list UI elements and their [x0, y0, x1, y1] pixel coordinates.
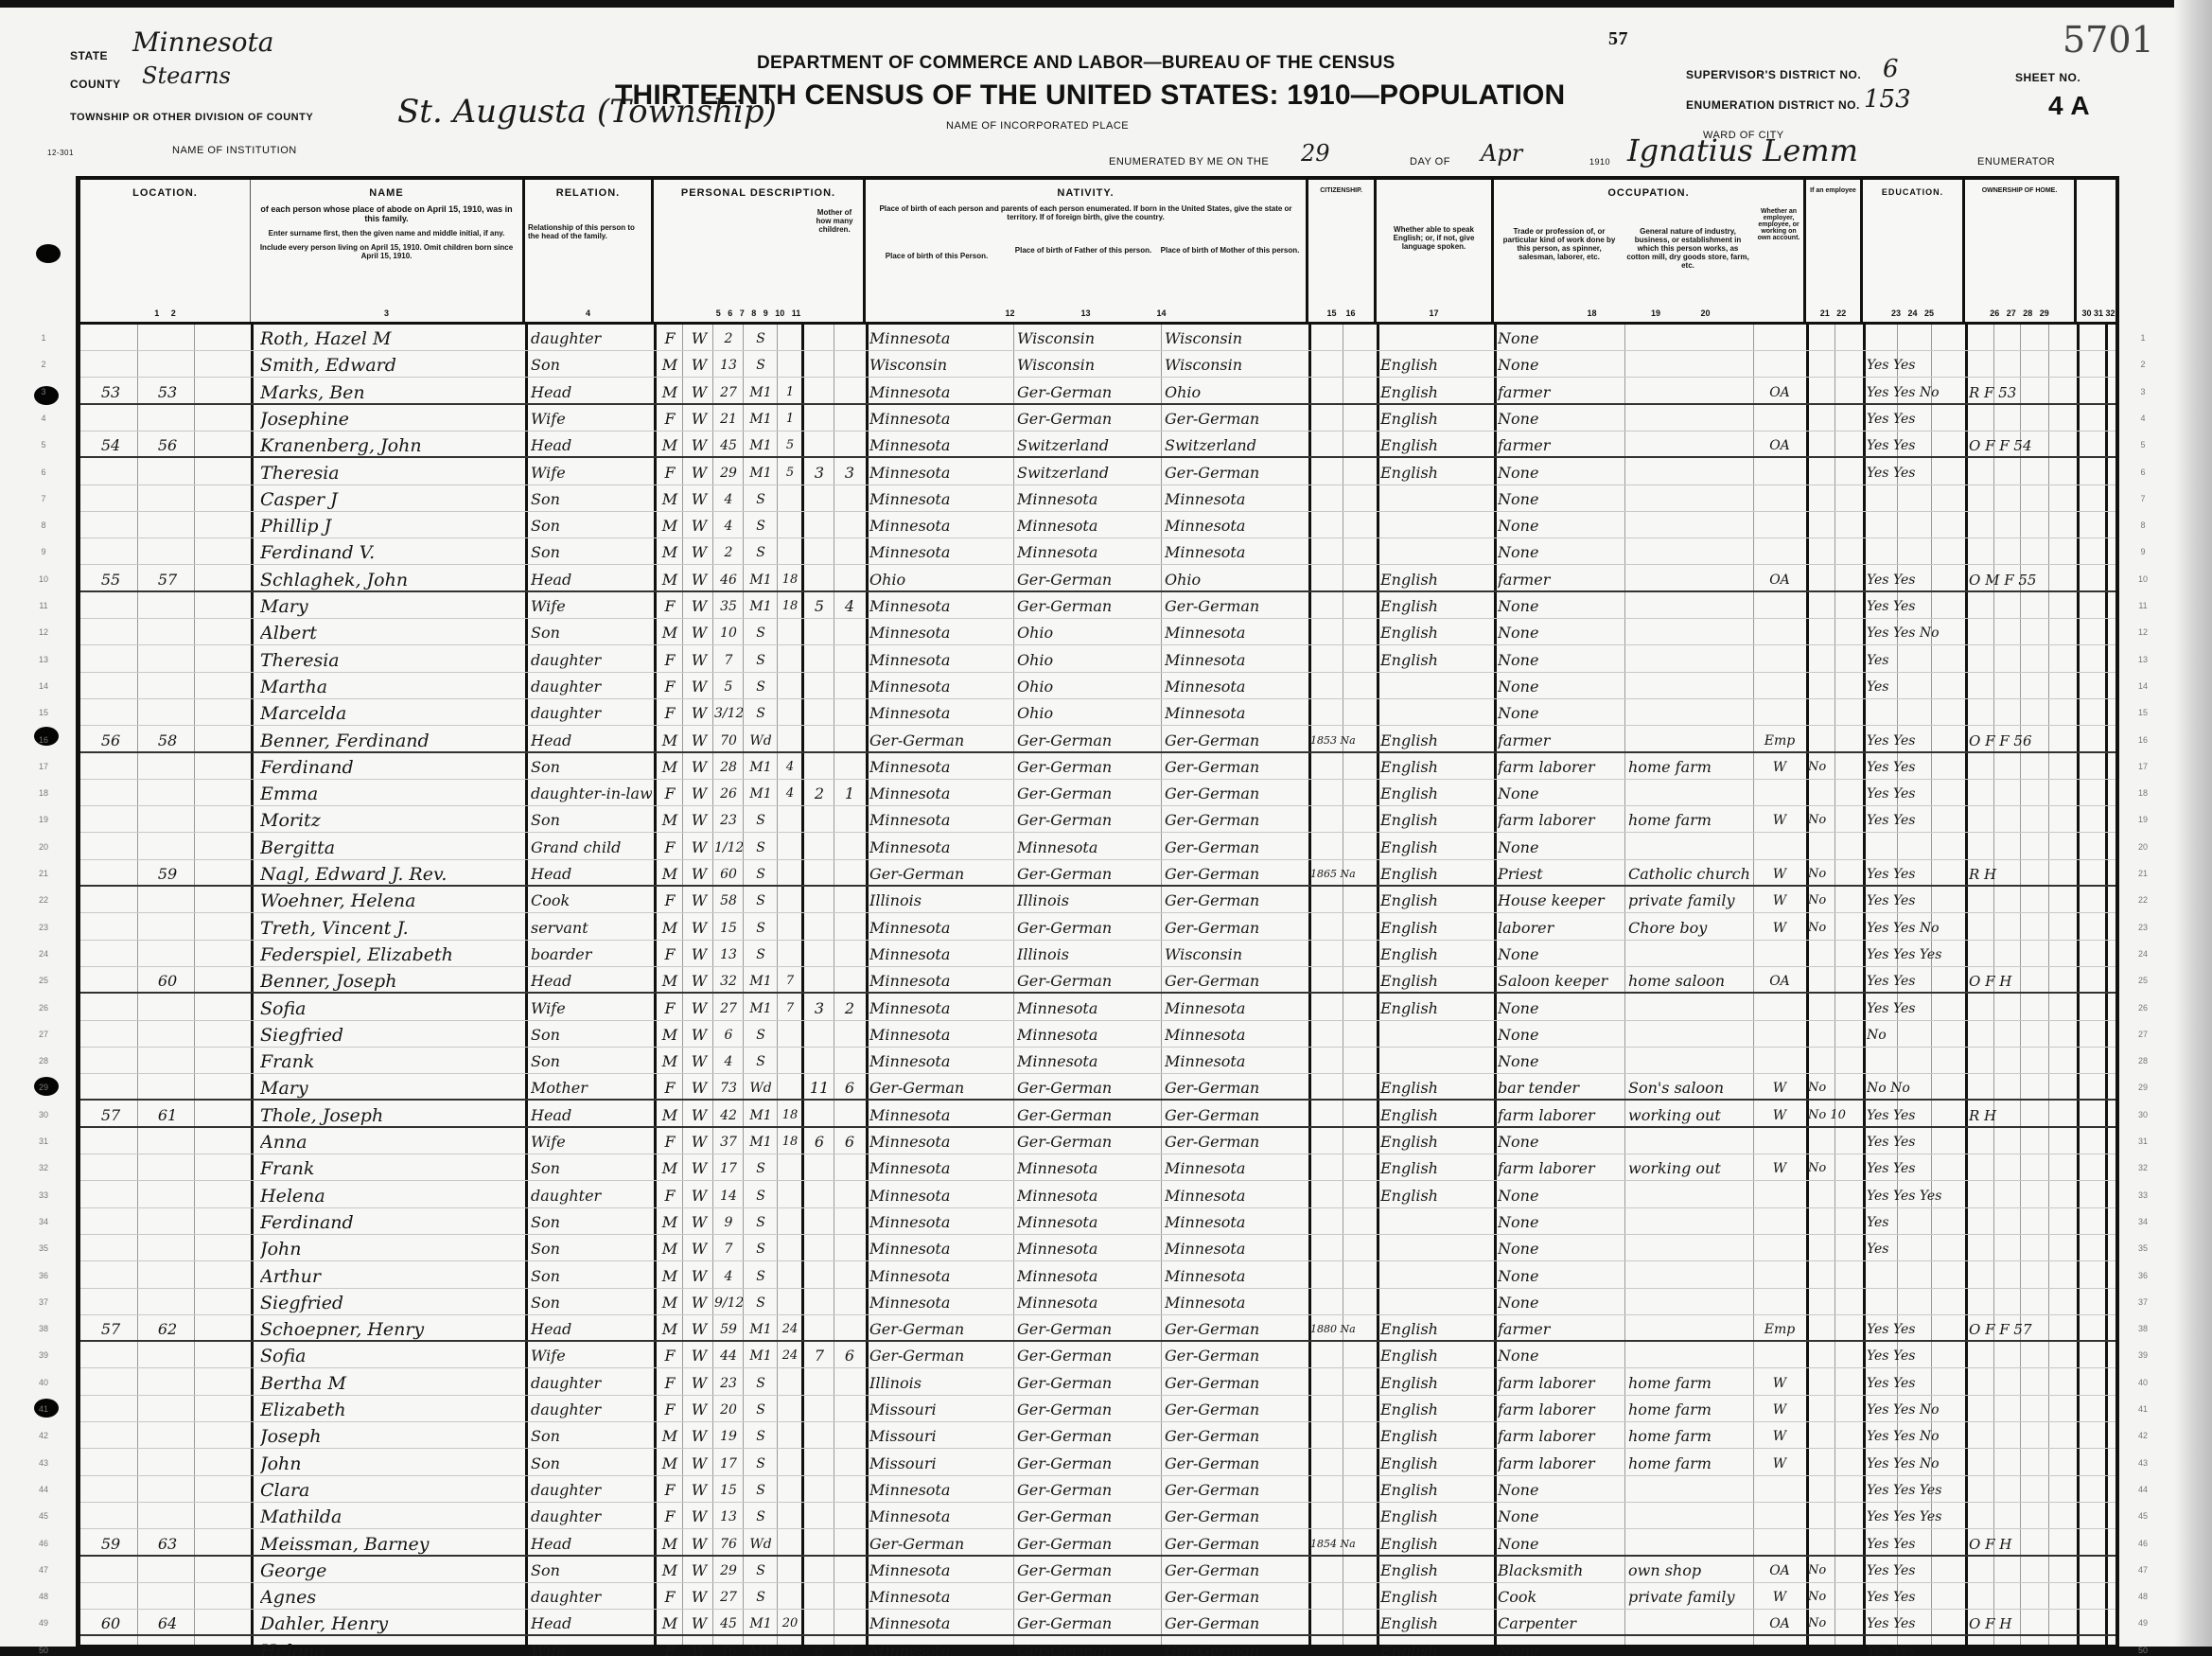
line-number-left: 28: [31, 1048, 56, 1074]
employer-status: W: [1755, 1369, 1804, 1396]
trade: None: [1498, 1208, 1624, 1235]
immigration-year: [1310, 512, 1375, 538]
years-married: 5: [779, 432, 801, 458]
home-ownership: [1969, 1583, 2075, 1610]
birthplace-father: Ger-German: [1017, 860, 1159, 887]
industry: [1628, 1610, 1753, 1636]
speaks-english: English: [1380, 887, 1492, 913]
industry: home farm: [1628, 1450, 1753, 1476]
children-born: [805, 1262, 834, 1289]
col-education: EDUCATION. 23 24 25: [1863, 180, 1965, 322]
out-of-work: No: [1808, 1154, 1861, 1181]
birthplace: Minnesota: [869, 1262, 1011, 1289]
employer-status: [1755, 459, 1804, 485]
birthplace-mother: Ger-German: [1165, 1396, 1307, 1422]
home-ownership: [1969, 1208, 2075, 1235]
line-number-left: 7: [31, 485, 56, 512]
immigration-year: [1310, 806, 1375, 833]
out-of-work: [1808, 1021, 1861, 1048]
line-number-right: 7: [2131, 485, 2155, 512]
person-name: Albert: [260, 619, 523, 645]
race: W: [686, 619, 712, 645]
industry: [1628, 1021, 1753, 1048]
birthplace: Ger-German: [869, 860, 1011, 887]
employer-status: [1755, 1637, 1804, 1656]
children-living: [835, 1476, 864, 1503]
industry: [1628, 646, 1753, 673]
employer-status: W: [1755, 1396, 1804, 1422]
years-married: 24: [779, 1342, 801, 1368]
relation: Wife: [531, 995, 652, 1021]
sex: M: [658, 1154, 682, 1181]
employer-status: OA: [1755, 1557, 1804, 1583]
employer-status: [1755, 512, 1804, 538]
family-number: [141, 325, 194, 351]
relation: Head: [531, 967, 652, 994]
col-unemployed: If an employee 21 22: [1806, 180, 1863, 322]
line-number-left: 9: [31, 538, 56, 565]
speaks-english: English: [1380, 351, 1492, 378]
trade: farm laborer: [1498, 1101, 1624, 1128]
trade: Cook: [1498, 1583, 1624, 1610]
children-living: [835, 1583, 864, 1610]
year-label: 1910: [1589, 157, 1610, 167]
line-number-right: 25: [2131, 967, 2155, 994]
children-living: [835, 753, 864, 780]
out-of-work: [1808, 727, 1861, 753]
race: W: [686, 1208, 712, 1235]
race: W: [686, 995, 712, 1021]
birthplace-mother: Minnesota: [1165, 1208, 1307, 1235]
line-number-left: 34: [31, 1208, 56, 1235]
birthplace-father: Minnesota: [1017, 834, 1159, 860]
dwelling-number: [84, 673, 137, 699]
line-number-right: 42: [2131, 1422, 2155, 1449]
county-label: COUNTY: [70, 78, 121, 91]
person-name: Elizabeth: [260, 1396, 523, 1422]
person-name: Agnes: [260, 1583, 523, 1610]
out-of-work: [1808, 512, 1861, 538]
speaks-english: English: [1380, 914, 1492, 941]
birthplace-mother: Ger-German: [1165, 1583, 1307, 1610]
col-personal-description: PERSONAL DESCRIPTION. Mother of how many…: [654, 180, 866, 322]
employer-status: [1755, 1128, 1804, 1154]
person-name: Treth, Vincent J.: [260, 914, 523, 941]
out-of-work: [1808, 834, 1861, 860]
industry: [1628, 325, 1753, 351]
family-number: [141, 405, 194, 432]
col-citizenship: CITIZENSHIP. 15 16: [1308, 180, 1377, 322]
education: Yes Yes: [1867, 995, 1965, 1021]
marital-status: S: [745, 834, 777, 860]
line-number-left: 32: [31, 1154, 56, 1181]
trade: bar tender: [1498, 1074, 1624, 1101]
person-name: Bertha M: [260, 1369, 523, 1396]
race: W: [686, 325, 712, 351]
relation: daughter: [531, 1182, 652, 1208]
sex: M: [658, 485, 682, 512]
trade: None: [1498, 1476, 1624, 1503]
employer-status: W: [1755, 1154, 1804, 1181]
col-number: 3: [251, 308, 522, 318]
industry: [1628, 727, 1753, 753]
person-name: Moritz: [260, 806, 523, 833]
table-row: 59 Nagl, Edward J. Rev. Head M W 60 S Ge…: [80, 860, 2115, 887]
marital-status: M1: [745, 780, 777, 806]
children-born: [805, 1182, 834, 1208]
person-name: Marcelda: [260, 699, 523, 726]
line-number-left: 3: [31, 379, 56, 405]
industry: [1628, 941, 1753, 967]
line-number-right: 46: [2131, 1530, 2155, 1557]
immigration-year: [1310, 1182, 1375, 1208]
out-of-work: [1808, 351, 1861, 378]
speaks-english: English: [1380, 1396, 1492, 1422]
line-number-left: 27: [31, 1021, 56, 1048]
speaks-english: English: [1380, 1422, 1492, 1449]
employer-status: [1755, 1021, 1804, 1048]
marital-status: S: [745, 806, 777, 833]
employer-status: W: [1755, 1450, 1804, 1476]
dwelling-number: [84, 1128, 137, 1154]
education: Yes Yes: [1867, 1154, 1965, 1181]
marital-status: M1: [745, 1637, 777, 1656]
relation: Son: [531, 485, 652, 512]
race: W: [686, 1637, 712, 1656]
dwelling-number: [84, 512, 137, 538]
birthplace-mother: Ger-German: [1165, 887, 1307, 913]
trade: None: [1498, 1182, 1624, 1208]
birthplace-father: Ger-German: [1017, 405, 1159, 432]
line-number-left: 47: [31, 1557, 56, 1583]
dwelling-number: [84, 967, 137, 994]
industry: [1628, 1476, 1753, 1503]
children-living: [835, 1048, 864, 1074]
years-married: [779, 1557, 801, 1583]
birthplace-father: Ger-German: [1017, 1476, 1159, 1503]
immigration-year: [1310, 379, 1375, 405]
children-born: [805, 1610, 834, 1636]
col-occupation: OCCUPATION. Trade or profession of, or p…: [1494, 180, 1806, 322]
industry: [1628, 673, 1753, 699]
education: Yes Yes Yes: [1867, 1182, 1965, 1208]
state-label: STATE: [70, 49, 108, 62]
children-born: [805, 941, 834, 967]
table-row: Woehner, Helena Cook F W 58 S Illinois I…: [80, 887, 2115, 913]
col-number: 4: [525, 308, 651, 318]
marital-status: S: [745, 1048, 777, 1074]
dwelling-number: [84, 780, 137, 806]
birthplace-father: Ger-German: [1017, 1315, 1159, 1342]
out-of-work: [1808, 619, 1861, 645]
person-name: Sofia: [260, 995, 523, 1021]
race: W: [686, 1315, 712, 1342]
years-married: [779, 699, 801, 726]
out-of-work: No: [1808, 914, 1861, 941]
col-ownership: OWNERSHIP OF HOME. 26 27 28 29: [1965, 180, 2077, 322]
children-born: [805, 432, 834, 458]
line-number-right: 30: [2131, 1101, 2155, 1128]
person-name: Ferdinand: [260, 753, 523, 780]
birthplace-mother: Ger-German: [1165, 1128, 1307, 1154]
out-of-work: No: [1808, 1074, 1861, 1101]
table-row: 60 64 Dahler, Henry Head M W 45 M1 20 Mi…: [80, 1610, 2115, 1636]
out-of-work: [1808, 432, 1861, 458]
family-number: 60: [141, 967, 194, 994]
relation: Wife: [531, 1342, 652, 1368]
person-name: Clara: [260, 1476, 523, 1503]
birthplace: Minnesota: [869, 780, 1011, 806]
years-married: 1: [779, 405, 801, 432]
table-row: John Son M W 7 S Minnesota Minnesota Min…: [80, 1235, 2115, 1261]
birthplace-mother: Ger-German: [1165, 1610, 1307, 1636]
children-living: [835, 1262, 864, 1289]
speaks-english: [1380, 1262, 1492, 1289]
line-number-right: 49: [2131, 1610, 2155, 1636]
speaks-english: English: [1380, 405, 1492, 432]
line-number-left: 23: [31, 914, 56, 941]
marital-status: M1: [745, 379, 777, 405]
birthplace-mother: Ger-German: [1165, 1422, 1307, 1449]
speaks-english: English: [1380, 995, 1492, 1021]
birthplace: Minnesota: [869, 1557, 1011, 1583]
sex: F: [658, 699, 682, 726]
table-row: 54 56 Kranenberg, John Head M W 45 M1 5 …: [80, 432, 2115, 458]
line-number-right: 23: [2131, 914, 2155, 941]
table-row: Theresia daughter F W 7 S Minnesota Ohio…: [80, 646, 2115, 673]
children-born: 7: [805, 1342, 834, 1368]
employer-status: [1755, 405, 1804, 432]
education: Yes Yes: [1867, 1128, 1965, 1154]
birthplace-father: Ger-German: [1017, 1422, 1159, 1449]
immigration-year: [1310, 351, 1375, 378]
sex: F: [658, 1342, 682, 1368]
years-married: [779, 1369, 801, 1396]
birthplace-mother: Ger-German: [1165, 860, 1307, 887]
table-row: Bertha M daughter F W 23 S Illinois Ger-…: [80, 1369, 2115, 1396]
out-of-work: [1808, 325, 1861, 351]
table-row: 57 61 Thole, Joseph Head M W 42 M1 18 Mi…: [80, 1101, 2115, 1128]
children-born: 3: [805, 459, 834, 485]
line-number-right: 22: [2131, 887, 2155, 913]
children-born: [805, 619, 834, 645]
trade: farm laborer: [1498, 1154, 1624, 1181]
speaks-english: English: [1380, 1637, 1492, 1656]
education: [1867, 1048, 1965, 1074]
age: 17: [714, 1154, 743, 1181]
relation: Son: [531, 1048, 652, 1074]
marital-status: S: [745, 860, 777, 887]
birthplace-mother: Minnesota: [1165, 1262, 1307, 1289]
age: 2: [714, 325, 743, 351]
marital-status: S: [745, 538, 777, 565]
birthplace: Minnesota: [869, 646, 1011, 673]
immigration-year: [1310, 1369, 1375, 1396]
birthplace: Minnesota: [869, 753, 1011, 780]
home-ownership: [1969, 619, 2075, 645]
children-born: [805, 646, 834, 673]
employer-status: [1755, 485, 1804, 512]
sex: M: [658, 1315, 682, 1342]
industry: [1628, 619, 1753, 645]
sex: F: [658, 592, 682, 619]
race: W: [686, 1396, 712, 1422]
marital-status: S: [745, 1235, 777, 1261]
birthplace: Minnesota: [869, 512, 1011, 538]
birthplace-father: Ger-German: [1017, 1101, 1159, 1128]
line-number-left: 45: [31, 1503, 56, 1529]
out-of-work: No 10: [1808, 1101, 1861, 1128]
family-number: 57: [141, 566, 194, 592]
speaks-english: [1380, 512, 1492, 538]
birthplace-father: Switzerland: [1017, 459, 1159, 485]
trade: None: [1498, 1048, 1624, 1074]
birthplace-mother: Minnesota: [1165, 1021, 1307, 1048]
family-number: [141, 1450, 194, 1476]
birthplace: Minnesota: [869, 432, 1011, 458]
immigration-year: 1880 Na: [1310, 1315, 1375, 1342]
industry: Catholic church: [1628, 860, 1753, 887]
relation: Son: [531, 538, 652, 565]
line-number-right: 12: [2131, 619, 2155, 645]
children-born: [805, 860, 834, 887]
speaks-english: [1380, 485, 1492, 512]
home-ownership: [1969, 806, 2075, 833]
trade: None: [1498, 1637, 1624, 1656]
industry: [1628, 995, 1753, 1021]
years-married: [779, 325, 801, 351]
marital-status: S: [745, 1021, 777, 1048]
dwelling-number: [84, 459, 137, 485]
immigration-year: [1310, 1262, 1375, 1289]
immigration-year: [1310, 673, 1375, 699]
sex: M: [658, 860, 682, 887]
children-born: [805, 1208, 834, 1235]
trade: farmer: [1498, 379, 1624, 405]
table-row: Frank Son M W 4 S Minnesota Minnesota Mi…: [80, 1048, 2115, 1074]
employer-status: [1755, 834, 1804, 860]
marital-status: S: [745, 646, 777, 673]
education: Yes Yes: [1867, 780, 1965, 806]
race: W: [686, 673, 712, 699]
census-table: LOCATION. 1 2 NAME of each person whose …: [76, 176, 2119, 1648]
industry: [1628, 379, 1753, 405]
out-of-work: [1808, 995, 1861, 1021]
birthplace-father: Ger-German: [1017, 1128, 1159, 1154]
out-of-work: [1808, 592, 1861, 619]
birthplace-father: Minnesota: [1017, 485, 1159, 512]
children-born: [805, 1450, 834, 1476]
home-ownership: [1969, 1182, 2075, 1208]
trade: Priest: [1498, 860, 1624, 887]
children-living: [835, 1208, 864, 1235]
trade: None: [1498, 512, 1624, 538]
sex: M: [658, 1610, 682, 1636]
sex: M: [658, 619, 682, 645]
years-married: 18: [779, 592, 801, 619]
industry: [1628, 405, 1753, 432]
trade: House keeper: [1498, 887, 1624, 913]
immigration-year: [1310, 538, 1375, 565]
relation: Wife: [531, 1637, 652, 1656]
children-born: [805, 806, 834, 833]
line-number-left: 35: [31, 1235, 56, 1261]
table-row: 60 Benner, Joseph Head M W 32 M1 7 Minne…: [80, 967, 2115, 994]
trade: Saloon keeper: [1498, 967, 1624, 994]
line-number-left: 11: [31, 592, 56, 619]
employer-status: OA: [1755, 432, 1804, 458]
industry: [1628, 1637, 1753, 1656]
dwelling-number: [84, 1637, 137, 1656]
age: 45: [714, 432, 743, 458]
dwelling-number: [84, 405, 137, 432]
speaks-english: English: [1380, 1503, 1492, 1529]
out-of-work: [1808, 1262, 1861, 1289]
years-married: [779, 806, 801, 833]
immigration-year: 1854 Na: [1310, 1530, 1375, 1557]
family-number: [141, 1342, 194, 1368]
birthplace-father: Ger-German: [1017, 1557, 1159, 1583]
birthplace-mother: Ger-German: [1165, 1476, 1307, 1503]
employer-status: [1755, 351, 1804, 378]
education: Yes Yes No: [1867, 1396, 1965, 1422]
education: Yes Yes: [1867, 1101, 1965, 1128]
birthplace: Minnesota: [869, 1235, 1011, 1261]
employer-status: [1755, 1262, 1804, 1289]
years-married: [779, 619, 801, 645]
trade: farm laborer: [1498, 1396, 1624, 1422]
education: Yes Yes: [1867, 806, 1965, 833]
table-row: Federspiel, Elizabeth boarder F W 13 S M…: [80, 941, 2115, 967]
age: 4: [714, 1048, 743, 1074]
enumerated-label: ENUMERATED BY ME ON THE: [1109, 156, 1269, 167]
birthplace: Minnesota: [869, 1503, 1011, 1529]
years-married: [779, 1021, 801, 1048]
dwelling-number: [84, 325, 137, 351]
employer-status: [1755, 1048, 1804, 1074]
birthplace-mother: Ger-German: [1165, 1315, 1307, 1342]
dwelling-number: [84, 485, 137, 512]
employer-status: [1755, 995, 1804, 1021]
relation: Head: [531, 1530, 652, 1557]
line-number-right: 24: [2131, 941, 2155, 967]
children-born: 5: [805, 592, 834, 619]
immigration-year: [1310, 914, 1375, 941]
speaks-english: English: [1380, 566, 1492, 592]
birthplace: Minnesota: [869, 1101, 1011, 1128]
trade: None: [1498, 1530, 1624, 1557]
children-living: [835, 1021, 864, 1048]
birthplace-father: Wisconsin: [1017, 351, 1159, 378]
education: Yes: [1867, 1208, 1965, 1235]
years-married: [779, 1262, 801, 1289]
race: W: [686, 1128, 712, 1154]
speaks-english: English: [1380, 727, 1492, 753]
education: Yes: [1867, 673, 1965, 699]
line-number-right: 38: [2131, 1315, 2155, 1342]
table-row: Theresia Wife F W 29 M1 5 3 3 Minnesota …: [80, 459, 2115, 485]
relation: Son: [531, 1235, 652, 1261]
relation: daughter: [531, 1476, 652, 1503]
immigration-year: [1310, 1476, 1375, 1503]
trade: farmer: [1498, 1315, 1624, 1342]
line-number-right: 29: [2131, 1074, 2155, 1101]
industry: [1628, 1048, 1753, 1074]
form-code: 12-301: [47, 149, 74, 157]
person-name: Helena: [260, 1637, 523, 1656]
birthplace-father: Minnesota: [1017, 1262, 1159, 1289]
age: 1/12: [714, 834, 743, 860]
